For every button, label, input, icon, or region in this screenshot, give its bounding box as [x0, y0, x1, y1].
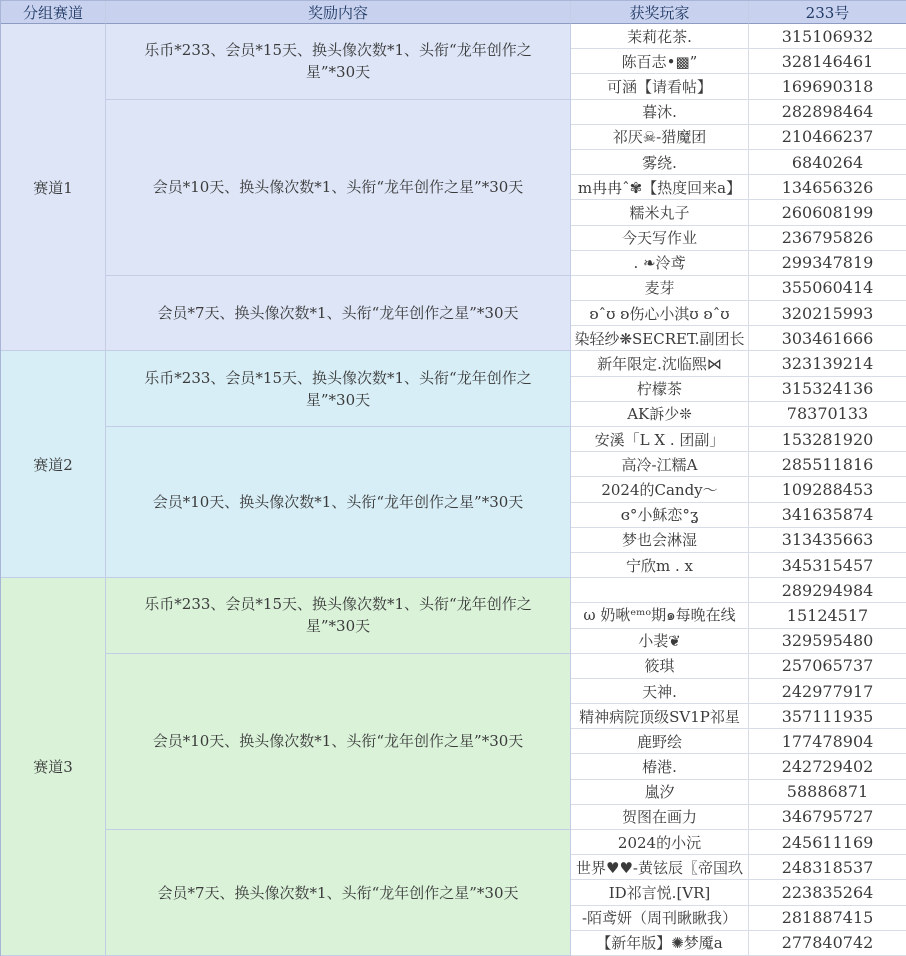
player-id-cell: 6840264: [749, 150, 906, 175]
player-id-cell: 134656326: [749, 175, 906, 200]
player-name-cell: 贺图在画力: [571, 805, 749, 830]
player-name-cell: -陌鸢妍（周刊瞅瞅我）: [571, 906, 749, 931]
player-id-cell: 223835264: [749, 880, 906, 905]
player-id-cell: 245611169: [749, 830, 906, 855]
player-id-cell: 257065737: [749, 654, 906, 679]
reward-cell: 乐币*233、会员*15天、换头像次数*1、头衔“龙年创作之星”*30天: [106, 351, 571, 427]
player-id-cell: 177478904: [749, 729, 906, 754]
player-id-cell: 242729402: [749, 754, 906, 779]
player-name-cell: ɞ°小稣恋°ʓ: [571, 503, 749, 528]
player-name-cell: 精神病院顶级SV1P祁星: [571, 704, 749, 729]
player-name-cell: 鹿野绘: [571, 729, 749, 754]
prize-table: 分组赛道 奖励内容 获奖玩家 233号 赛道1乐币*233、会员*15天、换头像…: [0, 0, 906, 956]
player-id-cell: 341635874: [749, 503, 906, 528]
player-name-cell: 天神.: [571, 679, 749, 704]
reward-cell: 会员*10天、换头像次数*1、头衔“龙年创作之星”*30天: [106, 100, 571, 276]
player-id-cell: 299347819: [749, 251, 906, 276]
player-name-cell: 染轻纱❋SECRET.副团长: [571, 326, 749, 351]
player-name-cell: ʚˆʊ ʚ伤心小淇ʊ ʚˆʊ: [571, 301, 749, 326]
player-name-cell: 世界♥♥-黄铉辰〖帝国玖: [571, 855, 749, 880]
player-id-cell: 346795727: [749, 805, 906, 830]
player-name-cell: 梦也会淋湿: [571, 528, 749, 553]
track-label-cell: 赛道2: [1, 351, 106, 578]
player-id-cell: 320215993: [749, 301, 906, 326]
player-id-cell: 303461666: [749, 326, 906, 351]
player-name-cell: 麦芽: [571, 276, 749, 301]
player-name-cell: 雾绕.: [571, 150, 749, 175]
player-id-cell: 15124517: [749, 603, 906, 628]
player-id-cell: 58886871: [749, 780, 906, 805]
player-name-cell: 宁欣m . x: [571, 553, 749, 578]
player-name-cell: 今天写作业: [571, 226, 749, 251]
player-name-cell: 安溪「L X . 团副」: [571, 427, 749, 452]
track-label-cell: 赛道1: [1, 24, 106, 351]
player-name-cell: 高冷-江糯A: [571, 452, 749, 477]
player-name-cell: 嵐汐: [571, 780, 749, 805]
player-name-cell: 糯米丸子: [571, 200, 749, 225]
player-id-cell: 323139214: [749, 351, 906, 376]
player-id-cell: 315324136: [749, 377, 906, 402]
header-reward-content: 奖励内容: [106, 1, 571, 24]
player-name-cell: 【新年版】✺梦魇a: [571, 931, 749, 956]
track-label-cell: 赛道3: [1, 578, 106, 956]
player-name-cell: 小裴❦: [571, 629, 749, 654]
player-id-cell: 248318537: [749, 855, 906, 880]
player-name-cell: 柠檬茶: [571, 377, 749, 402]
header-winning-player: 获奖玩家: [571, 1, 749, 24]
player-id-cell: 285511816: [749, 452, 906, 477]
player-id-cell: 329595480: [749, 629, 906, 654]
player-id-cell: 236795826: [749, 226, 906, 251]
player-id-cell: 281887415: [749, 906, 906, 931]
reward-cell: 乐币*233、会员*15天、换头像次数*1、头衔“龙年创作之星”*30天: [106, 24, 571, 100]
player-id-cell: 357111935: [749, 704, 906, 729]
reward-cell: 会员*7天、换头像次数*1、头衔“龙年创作之星”*30天: [106, 830, 571, 956]
player-name-cell: m冉冉ˆ✾【热度回来a】: [571, 175, 749, 200]
reward-cell: 乐币*233、会员*15天、换头像次数*1、头衔“龙年创作之星”*30天: [106, 578, 571, 654]
player-id-cell: 345315457: [749, 553, 906, 578]
player-id-cell: 242977917: [749, 679, 906, 704]
player-name-cell: 陈百志•▩”: [571, 49, 749, 74]
reward-cell: 会员*7天、换头像次数*1、头衔“龙年创作之星”*30天: [106, 276, 571, 352]
player-id-cell: 315106932: [749, 24, 906, 49]
player-id-cell: 282898464: [749, 100, 906, 125]
player-name-cell: 筱琪: [571, 654, 749, 679]
player-id-cell: 109288453: [749, 477, 906, 502]
player-name-cell: [571, 578, 749, 603]
player-name-cell: 暮沐.: [571, 100, 749, 125]
player-name-cell: 椿港.: [571, 754, 749, 779]
reward-cell: 会员*10天、换头像次数*1、头衔“龙年创作之星”*30天: [106, 654, 571, 830]
player-name-cell: ID祁言悦.[VR]: [571, 880, 749, 905]
player-id-cell: 260608199: [749, 200, 906, 225]
player-name-cell: 2024的小沅: [571, 830, 749, 855]
player-id-cell: 153281920: [749, 427, 906, 452]
player-name-cell: 新年限定.沈临熙⋈: [571, 351, 749, 376]
player-id-cell: 277840742: [749, 931, 906, 956]
player-id-cell: 169690318: [749, 74, 906, 99]
player-name-cell: 2024的Candy～: [571, 477, 749, 502]
player-id-cell: 313435663: [749, 528, 906, 553]
player-id-cell: 355060414: [749, 276, 906, 301]
reward-cell: 会员*10天、换头像次数*1、头衔“龙年创作之星”*30天: [106, 427, 571, 578]
player-name-cell: AK訴少❊: [571, 402, 749, 427]
header-233-id: 233号: [749, 1, 906, 24]
player-name-cell: 茉莉花茶.: [571, 24, 749, 49]
player-name-cell: . ❧泠鸢: [571, 251, 749, 276]
player-id-cell: 328146461: [749, 49, 906, 74]
player-id-cell: 78370133: [749, 402, 906, 427]
player-id-cell: 289294984: [749, 578, 906, 603]
player-name-cell: ω 奶啾ᵉᵐᵒ期๑每晚在线: [571, 603, 749, 628]
player-name-cell: 祁厌☠-猎魔团: [571, 125, 749, 150]
player-id-cell: 210466237: [749, 125, 906, 150]
player-name-cell: 可涵【请看帖】: [571, 74, 749, 99]
header-group-track: 分组赛道: [1, 1, 106, 24]
